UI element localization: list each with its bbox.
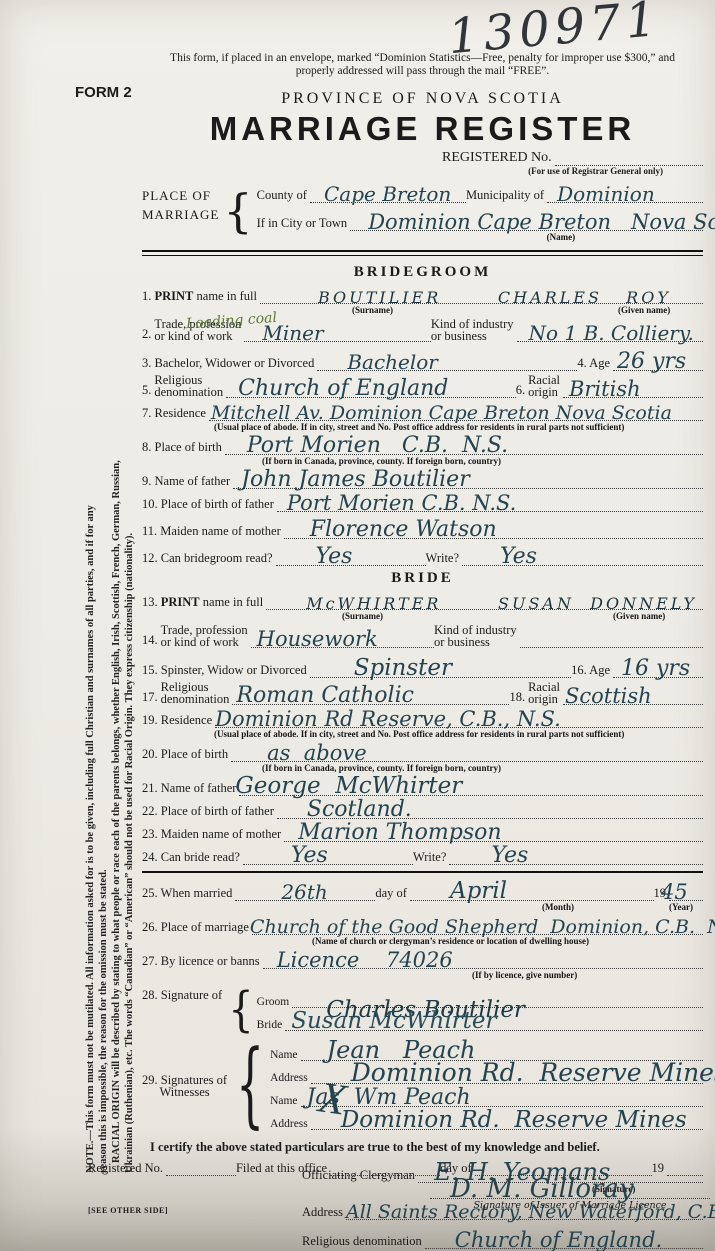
mail-notice: This form, if placed in an envelope, mar… xyxy=(147,52,698,78)
groom-father-line: John James Boutilier xyxy=(233,473,703,489)
registered-no-note: (For use of Registrar General only) xyxy=(142,166,663,176)
witness2-address-label: Address xyxy=(270,1118,311,1130)
city-label: If in City or Town xyxy=(257,216,351,231)
municipality-label: Municipality of xyxy=(466,188,547,203)
groom-read-line: Yes xyxy=(276,550,426,566)
bride-origin-line: Scottish xyxy=(563,689,703,705)
county-value: Cape Breton xyxy=(324,182,451,206)
municipality-line: Dominion xyxy=(547,187,703,203)
bride-father-value: George McWhirter xyxy=(235,773,462,799)
groom-trade-value: Miner xyxy=(262,321,323,345)
clergy-denomination-label: Religious denomination xyxy=(302,1234,425,1249)
field-groom-trade: 2. Trade, profession or kind of work Loa… xyxy=(142,318,703,342)
groom-father-birthplace-line: Port Morien C.B. N.S. xyxy=(277,496,703,512)
bride-residence-line: Dominion Rd Reserve, C.B., N.S. xyxy=(215,712,703,728)
place-of-marriage-block: PLACE OF MARRIAGE { County of Cape Breto… xyxy=(142,180,703,242)
margin-note-line: reason this is impossible, the reason fo… xyxy=(97,273,110,1173)
day-of-label: day of xyxy=(375,886,410,901)
licence-line: Licence 74026 xyxy=(263,953,703,969)
field-bride-name: 13. PRINT name in full McWHIRTER SUSAN D… xyxy=(142,590,703,610)
field-bride-religion-origin: 17. Religious denomination Roman Catholi… xyxy=(142,681,703,705)
field-bride-father: 21. Name of father George McWhirter xyxy=(142,776,703,796)
witness1-address-label: Address xyxy=(270,1072,311,1084)
clergyman-address-label: Address xyxy=(302,1205,346,1220)
bride-name-value: McWHIRTER SUSAN DONNELY xyxy=(306,594,697,613)
witnesses-brace: { xyxy=(230,1049,270,1123)
issuer-signature-value: D. M. Gilloray xyxy=(450,1174,634,1204)
bride-signature-line: Susan McWhirter xyxy=(285,1015,703,1031)
bride-birthplace-line: as above xyxy=(231,746,703,762)
bride-origin-value: Scottish xyxy=(565,684,652,708)
field-groom-name: 1. PRINT name in full BOUTILIER CHARLES … xyxy=(142,284,703,304)
groom-father-value: John James Boutilier xyxy=(241,467,470,492)
province-heading: PROVINCE OF NOVA SCOTIA xyxy=(142,90,703,108)
filing-registered-line xyxy=(166,1160,236,1176)
married-day-line: 26th xyxy=(235,885,375,901)
field-bride-father-birthplace: 22. Place of birth of father Scotland. xyxy=(142,799,703,819)
bride-age-value: 16 yrs xyxy=(621,656,690,681)
bride-status-value: Spinster xyxy=(354,655,452,681)
when-married-notes: (Month) (Year) xyxy=(142,902,703,912)
place-brace: { xyxy=(219,193,256,230)
groom-origin-line: British xyxy=(563,382,703,398)
groom-age-value: 26 yrs xyxy=(617,349,686,374)
bride-status-line: Spinster xyxy=(310,662,571,678)
groom-write-label: Write? xyxy=(426,551,463,566)
groom-denomination-line: Church of England xyxy=(226,382,516,398)
clergy-denomination-line: Church of England. xyxy=(425,1233,703,1249)
field-signatures: 28. Signature of { Groom Charles Boutili… xyxy=(142,988,703,1031)
field-licence-banns: 27. By licence or banns Licence 74026 xyxy=(142,949,703,969)
groom-read-value: Yes xyxy=(316,544,353,569)
groom-status-line: Bachelor xyxy=(317,355,577,371)
bride-mother-line: Marion Thompson xyxy=(284,826,703,842)
bride-write-line: Yes xyxy=(449,849,703,865)
field-groom-residence: 7. Residence Mitchell Av. Dominion Cape … xyxy=(142,401,703,421)
married-month-value: April xyxy=(450,878,507,904)
field-groom-father: 9. Name of father John James Boutilier xyxy=(142,469,703,489)
field-groom-birthplace: 8. Place of birth Port Morien C.B. N.S. xyxy=(142,435,703,455)
registered-no-line xyxy=(555,152,703,166)
groom-birthplace-line: Port Morien C.B. N.S. xyxy=(225,439,703,455)
bride-trade-value: Housework xyxy=(257,627,378,651)
form-number-label: FORM 2 xyxy=(75,84,132,101)
groom-denomination-value: Church of England xyxy=(238,376,448,401)
field-witnesses: 29. Signatures of Witnesses { Name Jean … xyxy=(142,1041,703,1130)
bride-read-line: Yes xyxy=(243,849,413,865)
bride-section-title: BRIDE xyxy=(142,570,703,587)
groom-write-value: Yes xyxy=(500,544,537,569)
groom-signature-label: Groom xyxy=(257,996,293,1008)
bride-name-line: McWHIRTER SUSAN DONNELY xyxy=(266,594,703,610)
margin-notes: NOTE.—This form must not be mutilated. A… xyxy=(84,273,136,1173)
groom-birthplace-value: Port Morien C.B. N.S. xyxy=(247,433,508,458)
certify-statement: I certify the above stated particulars a… xyxy=(150,1140,703,1155)
city-value: Dominion Cape Breton Nova Scotia xyxy=(368,210,715,234)
bride-signature-value: Susan McWhirter xyxy=(291,1008,496,1034)
municipality-value: Dominion xyxy=(557,182,655,206)
field-place-of-marriage: 26. Place of marriage Church of the Good… xyxy=(142,915,703,935)
groom-mother-value: Florence Watson xyxy=(310,517,497,542)
see-other-side-note: [SEE OTHER SIDE] xyxy=(88,1206,168,1215)
field-groom-father-birthplace: 10. Place of birth of father Port Morien… xyxy=(142,492,703,512)
field-when-married: 25. When married 26th day of April 19 45 xyxy=(142,881,703,901)
double-rule xyxy=(142,250,703,256)
bride-father-birthplace-line: Scotland. xyxy=(277,803,703,819)
groom-origin-value: British xyxy=(569,377,641,401)
bride-father-birthplace-value: Scotland. xyxy=(307,797,412,822)
bride-write-label: Write? xyxy=(413,850,450,865)
field-groom-religion-origin: 5. Religious denomination Church of Engl… xyxy=(142,374,703,398)
field-county-municipality: County of Cape Breton Municipality of Do… xyxy=(257,183,703,203)
margin-note-line: RACIAL ORIGIN will be described by stati… xyxy=(110,273,123,1173)
bride-residence-value: Dominion Rd Reserve, C.B., N.S. xyxy=(215,707,561,731)
month-note: (Month) xyxy=(542,902,574,912)
field-groom-read-write: 12. Can bridegroom read? Yes Write? Yes xyxy=(142,546,703,566)
groom-status-value: Bachelor xyxy=(347,350,438,374)
groom-industry-value: No 1 B. Colliery. xyxy=(529,321,694,345)
city-line: Dominion Cape Breton Nova Scotia xyxy=(350,215,703,231)
married-day-value: 26th xyxy=(281,880,327,904)
licence-value: Licence 74026 xyxy=(277,948,453,972)
licence-note: (If by licence, give number) xyxy=(472,970,703,980)
groom-industry-line: No 1 B. Colliery. xyxy=(517,326,703,342)
marriage-place-line: Church of the Good Shepherd Dominion, C.… xyxy=(252,919,703,935)
groom-signature-line: Charles Boutilier xyxy=(292,992,703,1008)
witness1-name-label: Name xyxy=(270,1049,300,1061)
groom-residence-value: Mitchell Av. Dominion Cape Breton Nova S… xyxy=(211,402,672,424)
issuer-signature-line: D. M. Gilloray xyxy=(430,1168,710,1199)
bridegroom-section-title: BRIDEGROOM xyxy=(142,264,703,281)
signature-brace: { xyxy=(225,990,256,1028)
bride-denomination-value: Roman Catholic xyxy=(236,683,414,708)
registered-no-label: REGISTERED No. xyxy=(442,150,555,166)
form-body: This form, if placed in an envelope, mar… xyxy=(142,52,703,1249)
field-bride-read-write: 24. Can bride read? Yes Write? Yes xyxy=(142,845,703,865)
place-of-marriage-label: PLACE OF MARRIAGE xyxy=(142,180,219,242)
married-month-line: April xyxy=(410,885,654,901)
issuer-signature-block: D. M. Gilloray Signature of Issuer of Ma… xyxy=(430,1168,710,1211)
registered-no-row: REGISTERED No. xyxy=(442,150,703,166)
field-bride-birthplace: 20. Place of birth as above xyxy=(142,742,703,762)
witness2-address-value: Dominion Rd. Reserve Mines xyxy=(341,1107,687,1133)
witness1-address-value: Dominion Rd. Reserve Mines xyxy=(351,1058,715,1087)
married-year-value: 45 xyxy=(661,880,688,904)
bride-read-value: Yes xyxy=(291,843,328,868)
clergy-denomination-value: Church of England. xyxy=(455,1228,662,1251)
witness2-address-line: Dominion Rd. Reserve Mines xyxy=(311,1114,703,1130)
bride-signature-row: Bride Susan McWhirter xyxy=(257,1011,703,1031)
field-bride-status-age: 15. Spinster, Widow or Divorced Spinster… xyxy=(142,658,703,678)
field-bride-mother: 23. Maiden name of mother Marion Thompso… xyxy=(142,822,703,842)
groom-name-value: BOUTILIER CHARLES ROY xyxy=(318,288,671,307)
bride-birthplace-value: as above xyxy=(267,741,367,765)
groom-signature-row: Groom Charles Boutilier xyxy=(257,988,703,1008)
groom-write-line: Yes xyxy=(462,550,703,566)
married-year-line: 45 xyxy=(669,885,703,901)
witness2-name-row: Name X Jas Wm Peach xyxy=(270,1087,703,1107)
filing-filed-label: Filed at this office xyxy=(236,1161,330,1176)
marriage-register-document: 130971 NOTE.—This form must not be mutil… xyxy=(0,0,715,1251)
field-city-town: If in City or Town Dominion Cape Breton … xyxy=(257,211,703,231)
bride-trade-line: Housework xyxy=(251,632,434,648)
field-groom-mother: 11. Maiden name of mother Florence Watso… xyxy=(142,519,703,539)
witness2-name-label: Name xyxy=(270,1095,300,1107)
margin-note-line: Ukrainian (Ruthenian), etc. The words “C… xyxy=(123,273,136,1173)
groom-trade-line: Loading coal Miner xyxy=(244,326,430,342)
margin-note-line: NOTE.—This form must not be mutilated. A… xyxy=(84,273,97,1173)
field-bride-trade: 14. Trade, profession or kind of work Ho… xyxy=(142,624,703,648)
groom-age-line: 26 yrs xyxy=(613,355,703,371)
document-title: MARRIAGE REGISTER xyxy=(142,110,703,148)
bride-denomination-line: Roman Catholic xyxy=(232,689,509,705)
section-rule xyxy=(142,871,703,873)
witness1-address-line: Dominion Rd. Reserve Mines xyxy=(311,1068,703,1084)
field-bride-residence: 19. Residence Dominion Rd Reserve, C.B.,… xyxy=(142,708,703,728)
groom-father-birthplace-value: Port Morien C.B. N.S. xyxy=(287,491,516,515)
field-groom-status-age: 3. Bachelor, Widower or Divorced Bachelo… xyxy=(142,351,703,371)
county-label: County of xyxy=(257,188,310,203)
filing-registered-label: Registered No. xyxy=(88,1161,166,1176)
bride-father-line: George McWhirter xyxy=(239,780,703,796)
bride-signature-label: Bride xyxy=(257,1019,286,1031)
groom-name-line: BOUTILIER CHARLES ROY xyxy=(260,288,703,304)
filing-office-line xyxy=(330,1160,440,1176)
bride-mother-value: Marion Thompson xyxy=(298,820,501,845)
marriage-place-value: Church of the Good Shepherd Dominion, C.… xyxy=(250,916,715,938)
groom-residence-line: Mitchell Av. Dominion Cape Breton Nova S… xyxy=(209,405,703,421)
witness2-name-line: X Jas Wm Peach xyxy=(301,1091,703,1107)
field-clergy-denomination: Religious denomination Church of England… xyxy=(302,1229,703,1249)
bride-write-value: Yes xyxy=(491,843,528,868)
groom-mother-line: Florence Watson xyxy=(284,523,703,539)
bride-industry-line xyxy=(520,632,703,648)
county-line: Cape Breton xyxy=(310,187,466,203)
bride-age-line: 16 yrs xyxy=(613,662,703,678)
